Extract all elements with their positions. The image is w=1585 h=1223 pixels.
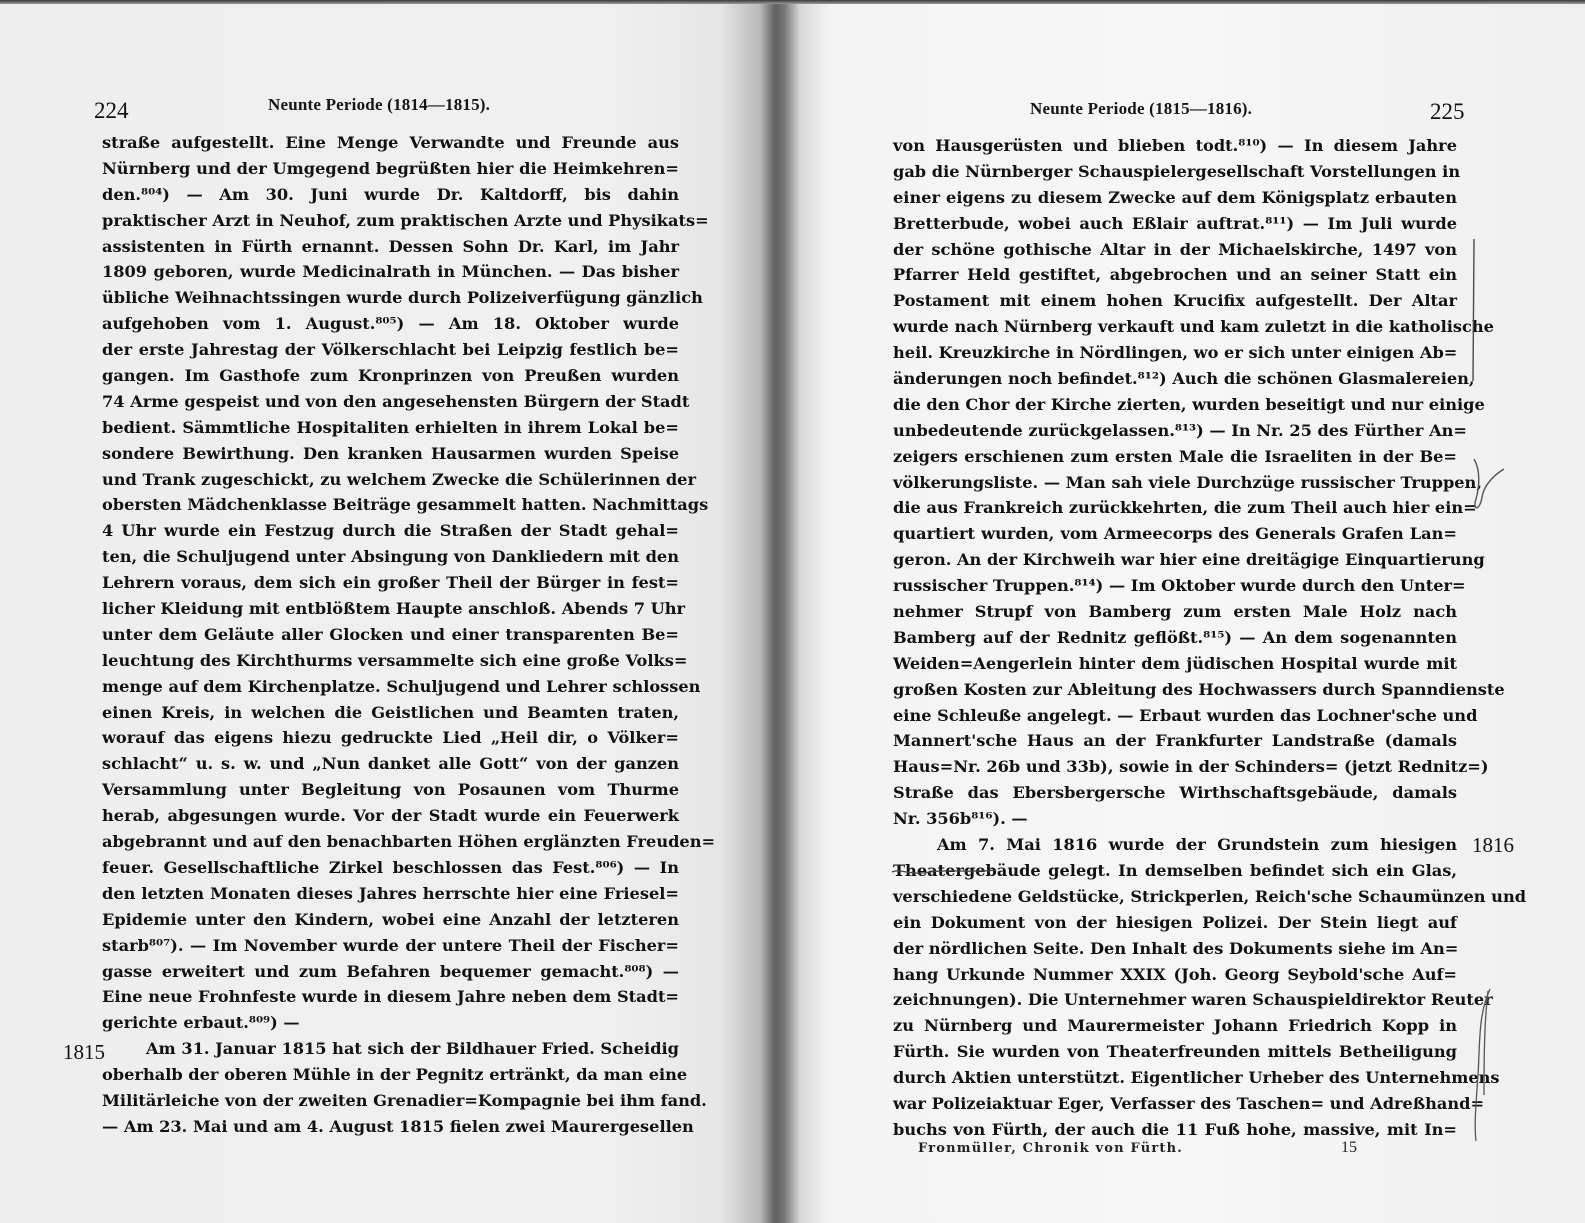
text-line: die den Chor der Kirche zierten, wurden … xyxy=(893,392,1457,418)
text-line: den.⁸⁰⁴) — Am 30. Juni wurde Dr. Kaltdor… xyxy=(102,182,679,208)
text-line: verschiedene Geldstücke, Strickperlen, R… xyxy=(893,884,1457,910)
text-line: Straße das Ebersbergersche Wirthschaftsg… xyxy=(893,780,1457,806)
text-line: hang Urkunde Nummer XXIX (Joh. Georg Sey… xyxy=(893,962,1457,988)
text-line: obersten Mädchenklasse Beiträge gesammel… xyxy=(102,492,679,518)
pencil-bracket-mark xyxy=(1470,455,1510,515)
text-line: den letzten Monaten dieses Jahres herrsc… xyxy=(102,881,679,907)
footer-signature: Fronmüller, Chronik von Fürth. xyxy=(918,1141,1183,1156)
text-line: Am 31. Januar 1815 hat sich der Bildhaue… xyxy=(102,1036,679,1062)
text-line: sondere Bewirthung. Den kranken Hausarme… xyxy=(102,441,679,467)
text-line: Bretterbude, wobei auch Eßlair auftrat.⁸… xyxy=(893,211,1457,237)
text-line: Pfarrer Held gestiftet, abgebrochen und … xyxy=(893,262,1457,288)
text-line: gerichte erbaut.⁸⁰⁹) — xyxy=(102,1010,679,1036)
text-line: ein Dokument von der hiesigen Polizei. D… xyxy=(893,910,1457,936)
text-line: russischer Truppen.⁸¹⁴) — Im Oktober wur… xyxy=(893,573,1457,599)
margin-year: 1815 xyxy=(63,1040,105,1065)
text-line: die aus Frankreich zurückkehrten, die zu… xyxy=(893,495,1457,521)
text-line: zeichnungen). Die Unternehmer waren Scha… xyxy=(893,987,1457,1013)
text-line: Postament mit einem hohen Krucifix aufge… xyxy=(893,288,1457,314)
pencil-margin-line xyxy=(1470,235,1480,385)
text-line: leuchtung des Kirchthurms versammelte si… xyxy=(102,648,679,674)
text-line: worauf das eigens hiezu gedruckte Lied „… xyxy=(102,725,679,751)
text-line: bedient. Sämmtliche Hospitaliten erhielt… xyxy=(102,415,679,441)
pencil-underline-mark xyxy=(890,864,1000,878)
text-line: herab, abgesungen wurde. Vor der Stadt w… xyxy=(102,803,679,829)
text-line: einer eigens zu diesem Zwecke auf dem Kö… xyxy=(893,185,1457,211)
text-line: Versammlung unter Begleitung von Posaune… xyxy=(102,777,679,803)
text-line: änderungen noch befindet.⁸¹²) Auch die s… xyxy=(893,366,1457,392)
text-line: von Hausgerüsten und blieben todt.⁸¹⁰) —… xyxy=(893,133,1457,159)
left-page-body-text: straße aufgestellt. Eine Menge Verwandte… xyxy=(102,130,679,1140)
text-line: Fürth. Sie wurden von Theaterfreunden mi… xyxy=(893,1039,1457,1065)
text-line: Eine neue Frohnfeste wurde in diesem Jah… xyxy=(102,984,679,1010)
text-line: licher Kleidung mit entblößtem Haupte an… xyxy=(102,596,679,622)
text-line: wurde nach Nürnberg verkauft und kam zul… xyxy=(893,314,1457,340)
running-head: Neunte Periode (1814—1815). xyxy=(268,95,490,115)
text-line: gab die Nürnberger Schauspielergesellsch… xyxy=(893,159,1457,185)
text-line: der nördlichen Seite. Den Inhalt des Dok… xyxy=(893,936,1457,962)
page-number: 224 xyxy=(94,98,129,124)
text-line: abgebrannt und auf den benachbarten Höhe… xyxy=(102,829,679,855)
text-line: Bamberg auf der Rednitz geflößt.⁸¹⁵) — A… xyxy=(893,625,1457,651)
text-line: — Am 23. Mai und am 4. August 1815 fiele… xyxy=(102,1114,679,1140)
text-line: schlacht“ u. s. w. und „Nun danket alle … xyxy=(102,751,679,777)
text-line: feuer. Gesellschaftliche Zirkel beschlos… xyxy=(102,855,679,881)
margin-year: 1816 xyxy=(1472,833,1514,858)
text-line: zu Nürnberg und Maurermeister Johann Fri… xyxy=(893,1013,1457,1039)
running-head: Neunte Periode (1815—1816). xyxy=(1030,99,1252,119)
text-line: aufgehoben vom 1. August.⁸⁰⁵) — Am 18. O… xyxy=(102,311,679,337)
text-line: großen Kosten zur Ableitung des Hochwass… xyxy=(893,677,1457,703)
text-line: buchs von Fürth, der auch die 11 Fuß hoh… xyxy=(893,1117,1457,1143)
text-line: gangen. Im Gasthofe zum Kronprinzen von … xyxy=(102,363,679,389)
text-line: starb⁸⁰⁷). — Im November wurde der unter… xyxy=(102,933,679,959)
text-line: heil. Kreuzkirche in Nördlingen, wo er s… xyxy=(893,340,1457,366)
text-line: Epidemie unter den Kindern, wobei eine A… xyxy=(102,907,679,933)
text-line: zeigers erschienen zum ersten Male die I… xyxy=(893,444,1457,470)
right-page: Neunte Periode (1815—1816). 225 von Haus… xyxy=(790,0,1585,1223)
text-line: Nürnberg und der Umgegend begrüßten hier… xyxy=(102,156,679,182)
text-line: Am 7. Mai 1816 wurde der Grundstein zum … xyxy=(893,832,1457,858)
text-line: oberhalb der oberen Mühle in der Pegnitz… xyxy=(102,1062,679,1088)
text-line: übliche Weihnachtssingen wurde durch Pol… xyxy=(102,285,679,311)
text-line: Militärleiche von der zweiten Grenadier=… xyxy=(102,1088,679,1114)
text-line: Weiden=Aengerlein hinter dem jüdischen H… xyxy=(893,651,1457,677)
text-line: unbedeutende zurückgelassen.⁸¹³) — In Nr… xyxy=(893,418,1457,444)
text-line: und Trank zugeschickt, zu welchem Zwecke… xyxy=(102,467,679,493)
text-line: der erste Jahrestag der Völkerschlacht b… xyxy=(102,337,679,363)
text-line: gasse erweitert und zum Befahren bequeme… xyxy=(102,959,679,985)
text-line: Mannert'sche Haus an der Frankfurter Lan… xyxy=(893,728,1457,754)
pencil-margin-bracket xyxy=(1470,985,1500,1145)
text-line: assistenten in Fürth ernannt. Dessen Soh… xyxy=(102,234,679,260)
text-line: völkerungsliste. — Man sah viele Durchzü… xyxy=(893,470,1457,496)
text-line: ten, die Schuljugend unter Absingung von… xyxy=(102,544,679,570)
text-line: praktischer Arzt in Neuhof, zum praktisc… xyxy=(102,208,679,234)
text-line: 74 Arme gespeist und von den angesehenst… xyxy=(102,389,679,415)
left-page: 224 Neunte Periode (1814—1815). straße a… xyxy=(0,0,780,1223)
book-spread-scan: 224 Neunte Periode (1814—1815). straße a… xyxy=(0,0,1585,1223)
text-line: Haus=Nr. 26b und 33b), sowie in der Schi… xyxy=(893,754,1457,780)
footer-sheet-number: 15 xyxy=(1341,1139,1357,1157)
text-line: 1809 geboren, wurde Medicinalrath in Mün… xyxy=(102,259,679,285)
text-line: der schöne gothische Altar in der Michae… xyxy=(893,237,1457,263)
text-line: eine Schleuße angelegt. — Erbaut wurden … xyxy=(893,703,1457,729)
text-line: menge auf dem Kirchenplatze. Schuljugend… xyxy=(102,674,679,700)
text-line: quartiert wurden, vom Armeecorps des Gen… xyxy=(893,521,1457,547)
text-line: war Polizeiaktuar Eger, Verfasser des Ta… xyxy=(893,1091,1457,1117)
text-line: 4 Uhr wurde ein Festzug durch die Straße… xyxy=(102,518,679,544)
text-line: straße aufgestellt. Eine Menge Verwandte… xyxy=(102,130,679,156)
text-line: unter dem Geläute aller Glocken und eine… xyxy=(102,622,679,648)
text-line: Lehrern voraus, dem sich ein großer Thei… xyxy=(102,570,679,596)
text-line: geron. An der Kirchweih war hier eine dr… xyxy=(893,547,1457,573)
text-line: durch Aktien unterstützt. Eigentlicher U… xyxy=(893,1065,1457,1091)
page-number: 225 xyxy=(1430,99,1465,125)
right-page-body-text: von Hausgerüsten und blieben todt.⁸¹⁰) —… xyxy=(893,133,1457,1143)
text-line: nehmer Strupf von Bamberg zum ersten Mal… xyxy=(893,599,1457,625)
text-line: einen Kreis, in welchen die Geistlichen … xyxy=(102,700,679,726)
text-line: Nr. 356b⁸¹⁶). — xyxy=(893,806,1457,832)
